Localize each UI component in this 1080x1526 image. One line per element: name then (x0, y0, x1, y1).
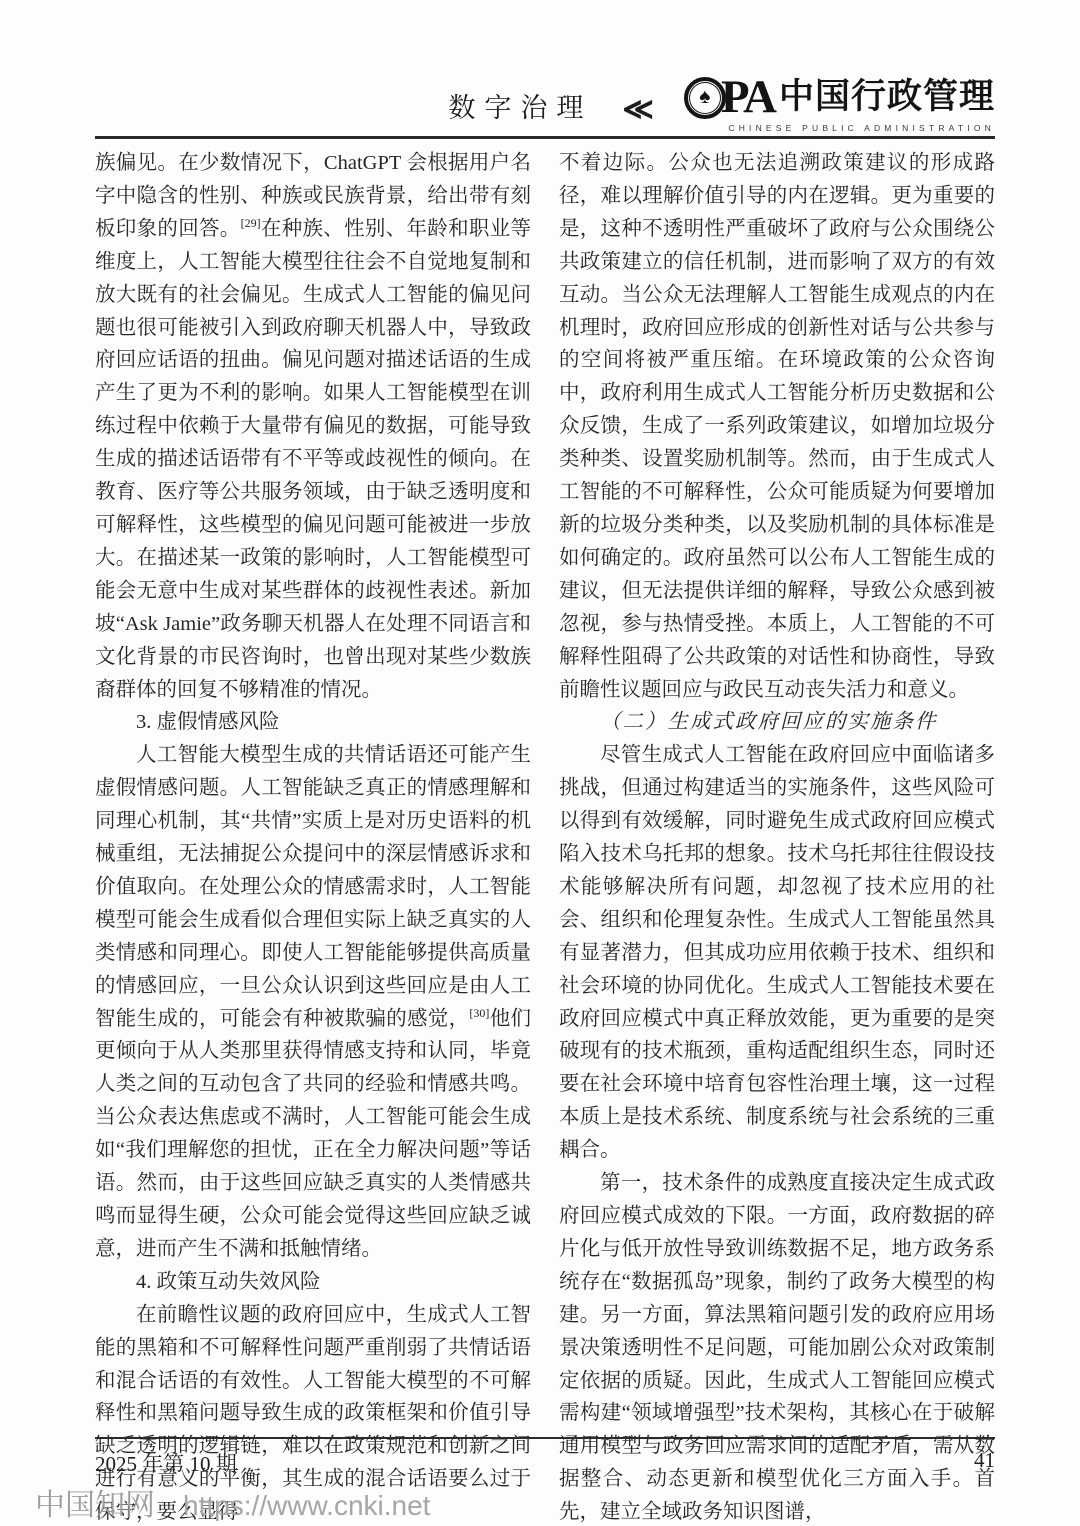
paragraph-implementation-conditions: 尽管生成式人工智能在政府回应中面临诸多挑战，但通过构建适当的实施条件，这些风险可… (559, 739, 995, 1167)
subsection-heading-3: 3. 虚假情感风险 (95, 706, 531, 739)
cnki-watermark: 中国知网 https://www.cnki.net (35, 1480, 430, 1524)
paragraph-text: 人工智能大模型生成的共情话语还可能产生虚假情感问题。人工智能缺乏真正的情感理解和… (95, 744, 531, 1029)
logo-brand-en: CHINESE PUBLIC ADMINISTRATION (728, 123, 995, 133)
cnki-brand: 中国知网 (35, 1480, 155, 1524)
paragraph-false-emotion: 人工智能大模型生成的共情话语还可能产生虚假情感问题。人工智能缺乏真正的情感理解和… (95, 739, 531, 1266)
citation-ref-29: [29] (241, 216, 261, 230)
logo-brand-cn: 中国行政管理 (779, 78, 995, 117)
header-rule (95, 136, 995, 139)
paragraph-bias-continuation: 族偏见。在少数情况下，ChatGPT 会根据用户名字中隐含的性别、种族或民族背景… (95, 147, 531, 706)
paragraph-text: 他们更倾向于从人类那里获得情感支持和认同，毕竟人类之间的互动包含了共同的经验和情… (95, 1008, 531, 1260)
citation-ref-30: [30] (469, 1006, 489, 1020)
spade-icon: ♠ (699, 86, 710, 107)
paragraph-opacity-continuation: 不着边际。公众也无法追溯政策建议的形成路径，难以理解价值引导的内在逻辑。更为重要… (559, 147, 995, 706)
journal-logo: ♠ PA 中国行政管理 CHINESE PUBLIC ADMINISTRATIO… (684, 74, 995, 133)
subsection-heading-4: 4. 政策互动失效风险 (95, 1266, 531, 1299)
issue-info: 2025 年第 10 期 (95, 1448, 237, 1478)
cpa-emblem-icon: ♠ (684, 77, 726, 119)
double-chevron-icon: ≪ (622, 92, 653, 133)
subsection-heading-conditions: （二）生成式政府回应的实施条件 (559, 706, 995, 739)
journal-page: 数字治理 ≪ ♠ PA 中国行政管理 CHINESE PUBLIC ADMINI… (0, 0, 1080, 1526)
logo-pa-text: PA (721, 74, 774, 121)
page-header: 数字治理 ≪ ♠ PA 中国行政管理 CHINESE PUBLIC ADMINI… (95, 74, 995, 133)
paragraph-text: 在种族、性别、年龄和职业等维度上，人工智能大模型往往会不自觉地复制和放大既有的社… (95, 218, 531, 701)
page-footer: 2025 年第 10 期 41 (95, 1448, 995, 1478)
page-number: 41 (974, 1448, 995, 1478)
right-column: 不着边际。公众也无法追溯政策建议的形成路径，难以理解价值引导的内在逻辑。更为重要… (559, 147, 995, 1526)
article-body: 族偏见。在少数情况下，ChatGPT 会根据用户名字中隐含的性别、种族或民族背景… (95, 147, 995, 1526)
cnki-url: https://www.cnki.net (183, 1490, 430, 1522)
left-column: 族偏见。在少数情况下，ChatGPT 会根据用户名字中隐含的性别、种族或民族背景… (95, 147, 531, 1526)
footer-rule (95, 1437, 995, 1439)
logo-row: ♠ PA 中国行政管理 (684, 74, 995, 121)
section-label: 数字治理 (448, 86, 592, 133)
